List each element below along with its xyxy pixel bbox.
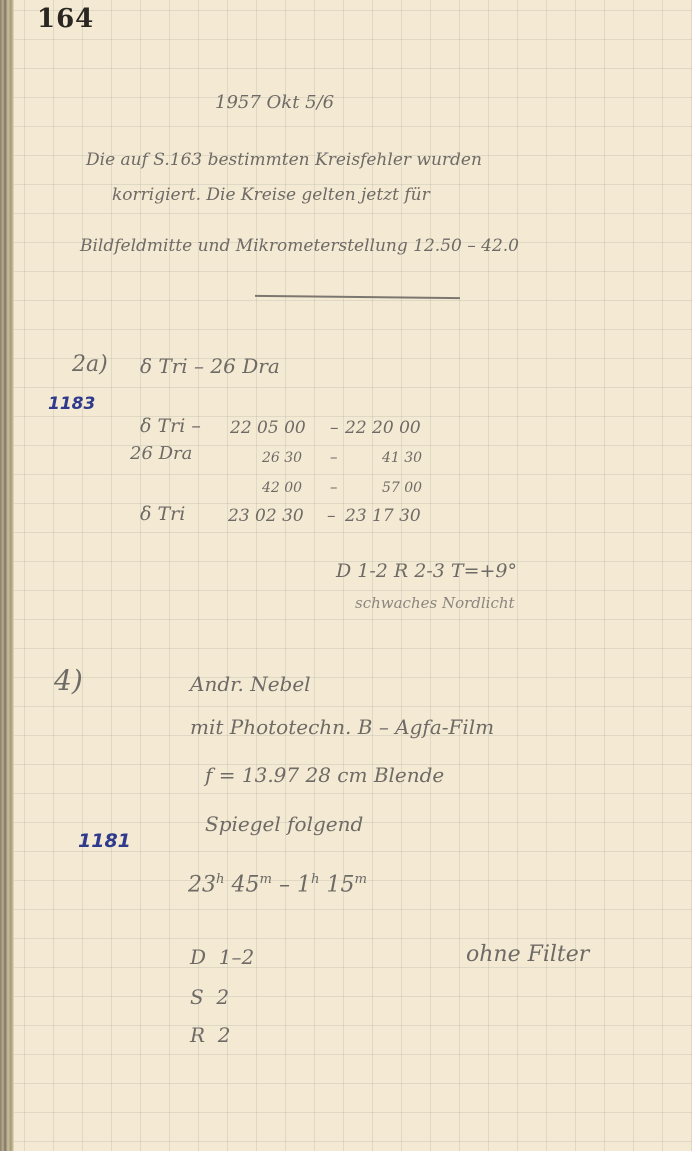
- obs-object: δ Tri: [140, 503, 185, 525]
- obs-start: 26 30: [262, 450, 302, 466]
- entry-2a-note: schwaches Nordlicht: [355, 594, 515, 612]
- page-number: 164: [37, 4, 94, 34]
- obs-end: 57 00: [382, 480, 422, 496]
- intro-line-1: Die auf S.163 bestimmten Kreisfehler wur…: [86, 150, 482, 170]
- intro-line-3: Bildfeldmitte und Mikrometerstellung 12.…: [80, 236, 519, 256]
- rating-s: S 2: [190, 985, 229, 1009]
- section-divider: [255, 295, 460, 299]
- obs-start: 22 05 00: [230, 418, 306, 438]
- notebook-page: 164 1957 Okt 5/6 Die auf S.163 bestimmte…: [0, 0, 692, 1151]
- entry-4-line-1: Andr. Nebel: [190, 672, 311, 696]
- entry-date: 1957 Okt 5/6: [215, 92, 334, 113]
- entry-4-catalog-number: 1181: [78, 830, 131, 852]
- obs-start: 23 02 30: [228, 506, 304, 526]
- entry-4-time-range: 23h 45m – 1h 15m: [188, 872, 367, 897]
- entry-4-filter-note: ohne Filter: [466, 942, 589, 967]
- entry-2a-title: δ Tri – 26 Dra: [140, 354, 280, 378]
- obs-end: 22 20 00: [345, 418, 421, 438]
- rating-r: R 2: [190, 1023, 231, 1047]
- obs-end: 41 30: [382, 450, 422, 466]
- entry-2a-label: 2a): [72, 352, 108, 377]
- obs-object: 26 Dra: [130, 443, 192, 464]
- obs-start: 42 00: [262, 480, 302, 496]
- entry-4-label: 4): [54, 664, 83, 697]
- entry-2a-conditions: D 1-2 R 2-3 T=+9°: [336, 560, 517, 582]
- intro-line-2: korrigiert. Die Kreise gelten jetzt für: [112, 185, 430, 205]
- obs-end: 23 17 30: [345, 506, 421, 526]
- entry-4-line-3: f = 13.97 28 cm Blende: [205, 763, 444, 787]
- rating-d: D 1–2: [190, 945, 254, 969]
- entry-4-line-4: Spiegel folgend: [205, 812, 363, 836]
- entry-4-line-2: mit Phototechn. B – Agfa-Film: [190, 715, 494, 739]
- entry-2a-catalog-number: 1183: [48, 394, 95, 414]
- obs-object: δ Tri –: [140, 415, 201, 437]
- page-binding-edge: [0, 0, 14, 1151]
